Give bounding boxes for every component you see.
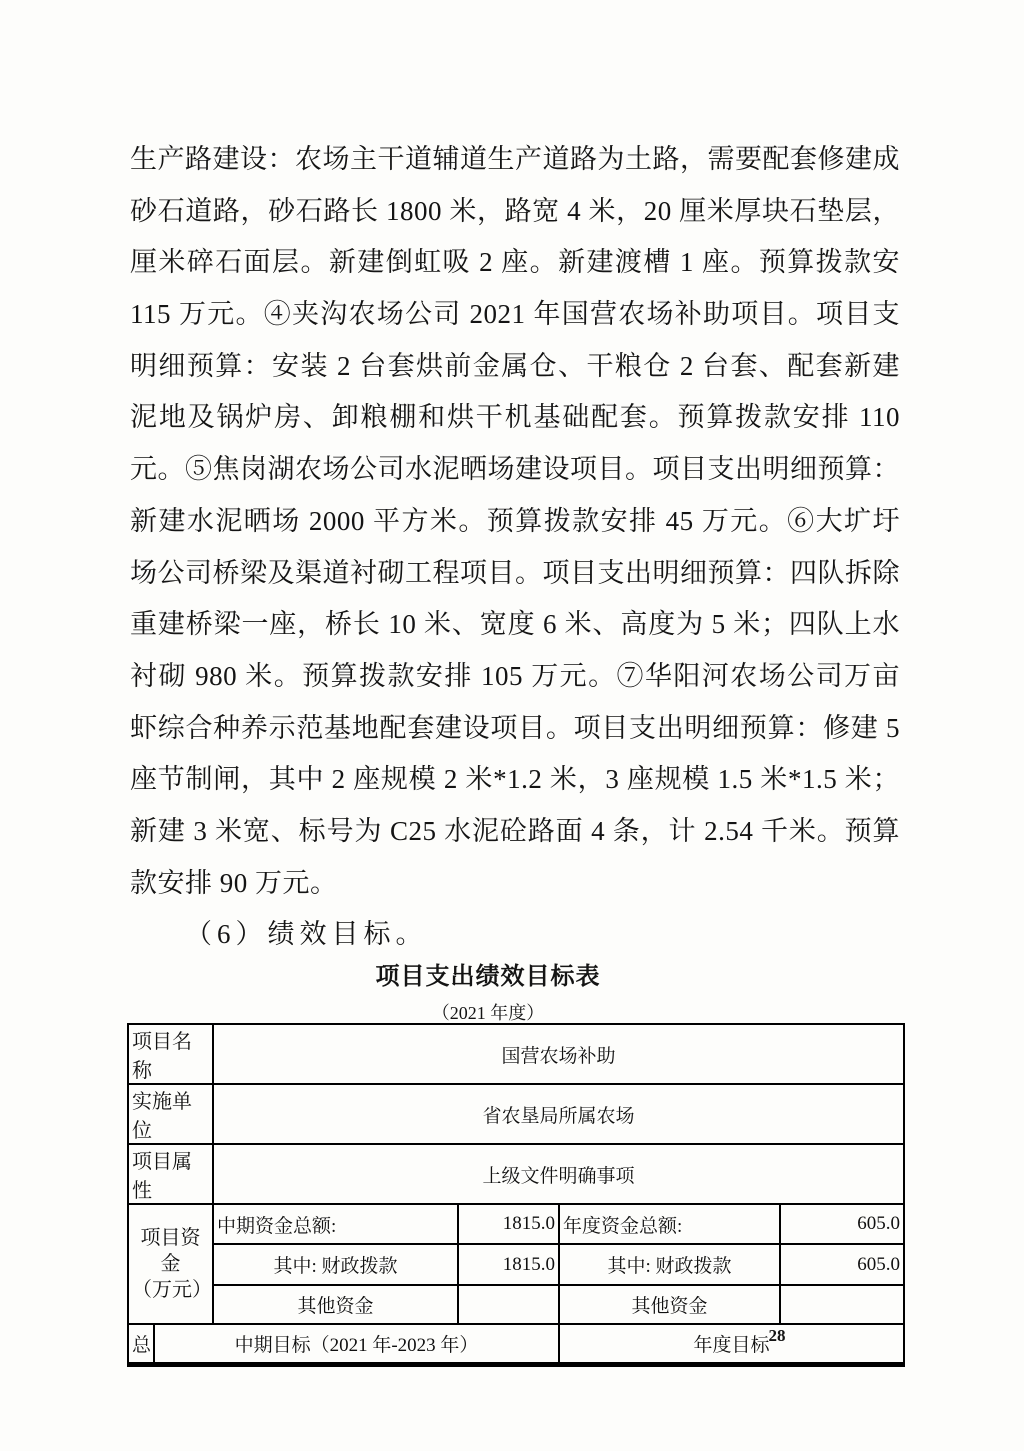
cell-impl-unit-label: 实施单位 [128, 1084, 213, 1144]
cell-annual-total-label: 年度资金总额: [559, 1204, 780, 1244]
body-line: 款安排 90 万元。 [130, 858, 900, 910]
body-line: 泥地及锅炉房、卸粮棚和烘干机基础配套。预算拨款安排 110 万 [130, 392, 900, 444]
body-line: 虾综合种养示范基地配套建设项目。项目支出明细预算：修建 5 [130, 703, 900, 755]
body-line-section-heading: （6）绩效目标。 [130, 909, 900, 961]
body-line: 砂石道路，砂石路长 1800 米，路宽 4 米，20 厘米厚块石垫层，3 [130, 186, 900, 238]
table-subtitle: （2021 年度） [127, 999, 849, 1025]
body-line: 明细预算：安装 2 台套烘前金属仓、干粮仓 2 台套、配套新建水 [130, 341, 900, 393]
table-row: 其他资金 其他资金 [128, 1285, 904, 1324]
cell-annual-goal-header: 年度目标 [559, 1324, 904, 1364]
cell-impl-unit-value: 省农垦局所属农场 [213, 1084, 904, 1144]
cell-annual-other-value [780, 1285, 904, 1324]
cell-project-name-label: 项目名称 [128, 1024, 213, 1084]
body-line: 元。⑤焦岗湖农场公司水泥晒场建设项目。项目支出明细预算： [130, 444, 900, 496]
cell-mid-other-value [458, 1285, 559, 1324]
table-title: 项目支出绩效目标表 [127, 956, 849, 991]
cell-attr-value: 上级文件明确事项 [213, 1144, 904, 1204]
body-line: 厘米碎石面层。新建倒虹吸 2 座。新建渡槽 1 座。预算拨款安排 [130, 237, 900, 289]
cell-mid-total-value: 1815.0 [458, 1204, 559, 1244]
performance-target-table: 项目名称 国营农场补助 实施单位 省农垦局所属农场 项目属性 上级文件明确事项 … [127, 1023, 905, 1367]
cell-mid-fiscal-label: 其中: 财政拨款 [213, 1244, 458, 1285]
cell-annual-other-label: 其他资金 [559, 1285, 780, 1324]
body-line: 生产路建设：农场主干道辅道生产道路为土路，需要配套修建成 [130, 134, 900, 186]
body-line: 衬砌 980 米。预算拨款安排 105 万元。⑦华阳河农场公司万亩稻 [130, 651, 900, 703]
body-line: 115 万元。④夹沟农场公司 2021 年国营农场补助项目。项目支出 [130, 289, 900, 341]
body-line: 新建 3 米宽、标号为 C25 水泥砼路面 4 条，计 2.54 千米。预算拨 [130, 806, 900, 858]
document-page: 生产路建设：农场主干道辅道生产道路为土路，需要配套修建成 砂石道路，砂石路长 1… [0, 0, 1024, 1451]
cell-attr-label: 项目属性 [128, 1144, 213, 1204]
table-row: 项目资金 （万元） 中期资金总额: 1815.0 年度资金总额: 605.0 [128, 1204, 904, 1244]
body-line: 场公司桥梁及渠道衬砌工程项目。项目支出明细预算：四队拆除 [130, 548, 900, 600]
cell-total-row-label: 总 [128, 1324, 154, 1364]
cell-mid-other-label: 其他资金 [213, 1285, 458, 1324]
cell-mid-total-label: 中期资金总额: [213, 1204, 458, 1244]
cell-mid-fiscal-value: 1815.0 [458, 1244, 559, 1285]
table-row: 实施单位 省农垦局所属农场 [128, 1084, 904, 1144]
body-line: 重建桥梁一座，桥长 10 米、宽度 6 米、高度为 5 米；四队上水渠 [130, 599, 900, 651]
body-line: 新建水泥晒场 2000 平方米。预算拨款安排 45 万元。⑥大圹圩农 [130, 496, 900, 548]
cell-annual-fiscal-label: 其中: 财政拨款 [559, 1244, 780, 1285]
cell-project-name-value: 国营农场补助 [213, 1024, 904, 1084]
cell-annual-fiscal-value: 605.0 [780, 1244, 904, 1285]
cell-mid-goal-header: 中期目标（2021 年-2023 年） [154, 1324, 559, 1364]
page-number: 28 [757, 1326, 797, 1346]
cell-funds-label: 项目资金 （万元） [128, 1204, 213, 1324]
body-line: 座节制闸，其中 2 座规模 2 米*1.2 米，3 座规模 1.5 米*1.5 … [130, 754, 900, 806]
cell-annual-total-value: 605.0 [780, 1204, 904, 1244]
table-row: 其中: 财政拨款 1815.0 其中: 财政拨款 605.0 [128, 1244, 904, 1285]
table-row: 项目属性 上级文件明确事项 [128, 1144, 904, 1204]
paragraph-block: 生产路建设：农场主干道辅道生产道路为土路，需要配套修建成 砂石道路，砂石路长 1… [130, 134, 900, 961]
table-row: 项目名称 国营农场补助 [128, 1024, 904, 1084]
